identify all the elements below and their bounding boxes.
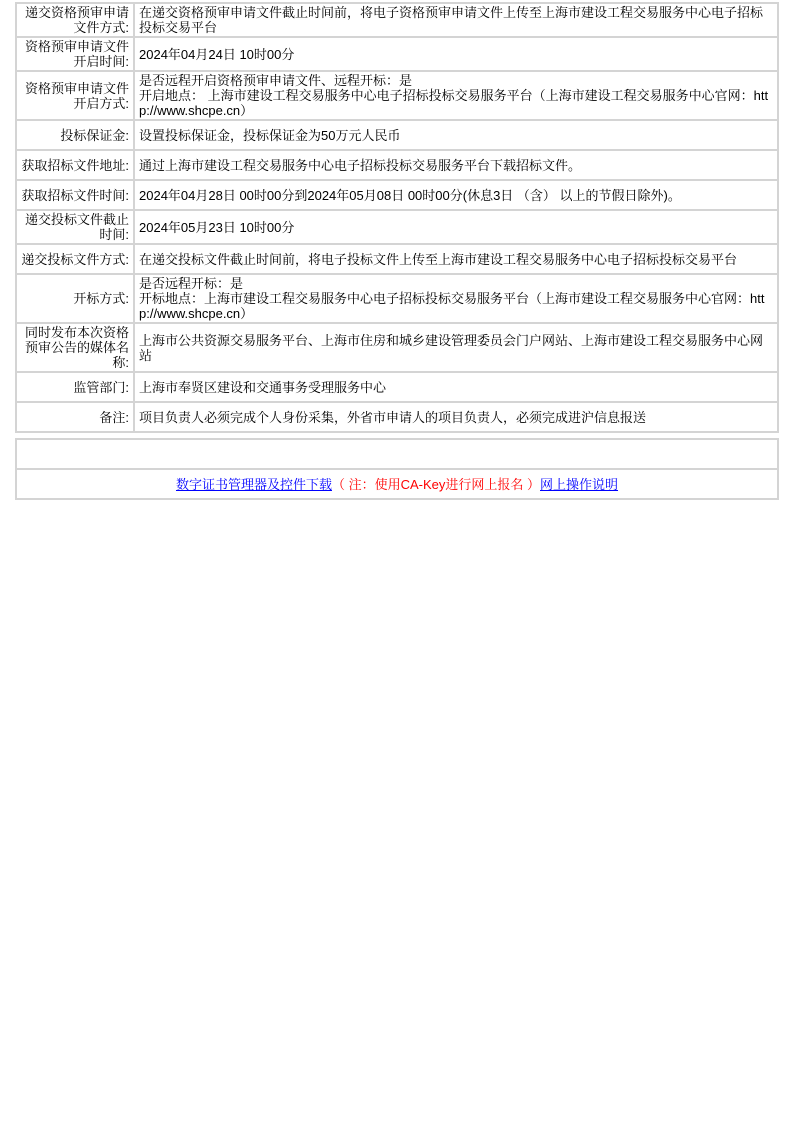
row-label: 资格预审申请文件开启时间: — [16, 37, 134, 71]
prequalification-info-table: 递交资格预审申请文件方式: 在递交资格预审申请文件截止时间前，将电子资格预审申请… — [15, 2, 779, 433]
footer-empty-cell — [16, 439, 778, 469]
row-label: 获取招标文件时间: — [16, 180, 134, 210]
row-label: 资格预审申请文件开启方式: — [16, 71, 134, 120]
table-row: 投标保证金: 设置投标保证金，投标保证金为50万元人民币 — [16, 120, 778, 150]
table-row: 同时发布本次资格预审公告的媒体名称: 上海市公共资源交易服务平台、上海市住房和城… — [16, 323, 778, 372]
row-label: 同时发布本次资格预审公告的媒体名称: — [16, 323, 134, 372]
table-row: 递交投标文件方式: 在递交投标文件截止时间前，将电子投标文件上传至上海市建设工程… — [16, 244, 778, 274]
row-value: 在递交资格预审申请文件截止时间前，将电子资格预审申请文件上传至上海市建设工程交易… — [134, 3, 778, 37]
table-row: 获取招标文件地址: 通过上海市建设工程交易服务中心电子招标投标交易服务平台下载招… — [16, 150, 778, 180]
row-value: 2024年05月23日 10时00分 — [134, 210, 778, 244]
ca-key-note: （ 注：使用CA-Key进行网上报名 ） — [332, 477, 540, 492]
row-label: 监管部门: — [16, 372, 134, 402]
row-label: 投标保证金: — [16, 120, 134, 150]
footer-links-cell: 数字证书管理器及控件下载（ 注：使用CA-Key进行网上报名 ）网上操作说明 — [16, 469, 778, 499]
table-row: 监管部门: 上海市奉贤区建设和交通事务受理服务中心 — [16, 372, 778, 402]
row-label: 递交资格预审申请文件方式: — [16, 3, 134, 37]
online-manual-link[interactable]: 网上操作说明 — [540, 477, 618, 492]
footer-links-row: 数字证书管理器及控件下载（ 注：使用CA-Key进行网上报名 ）网上操作说明 — [16, 469, 778, 499]
row-value: 上海市奉贤区建设和交通事务受理服务中心 — [134, 372, 778, 402]
table-row: 资格预审申请文件开启方式: 是否远程开启资格预审申请文件、远程开标：是 开启地点… — [16, 71, 778, 120]
row-value: 项目负责人必须完成个人身份采集，外省市申请人的项目负责人，必须完成进沪信息报送 — [134, 402, 778, 432]
row-label: 递交投标文件截止时间: — [16, 210, 134, 244]
row-label: 开标方式: — [16, 274, 134, 323]
row-value: 2024年04月28日 00时00分到2024年05月08日 00时00分(休息… — [134, 180, 778, 210]
table-row: 递交投标文件截止时间: 2024年05月23日 10时00分 — [16, 210, 778, 244]
row-value: 通过上海市建设工程交易服务中心电子招标投标交易服务平台下载招标文件。 — [134, 150, 778, 180]
table-row: 递交资格预审申请文件方式: 在递交资格预审申请文件截止时间前，将电子资格预审申请… — [16, 3, 778, 37]
table-row: 资格预审申请文件开启时间: 2024年04月24日 10时00分 — [16, 37, 778, 71]
table-row: 开标方式: 是否远程开标：是 开标地点：上海市建设工程交易服务中心电子招标投标交… — [16, 274, 778, 323]
row-value: 是否远程开标：是 开标地点：上海市建设工程交易服务中心电子招标投标交易服务平台（… — [134, 274, 778, 323]
row-value: 设置投标保证金，投标保证金为50万元人民币 — [134, 120, 778, 150]
row-label: 递交投标文件方式: — [16, 244, 134, 274]
row-value: 上海市公共资源交易服务平台、上海市住房和城乡建设管理委员会门户网站、上海市建设工… — [134, 323, 778, 372]
row-value: 2024年04月24日 10时00分 — [134, 37, 778, 71]
digital-cert-download-link[interactable]: 数字证书管理器及控件下载 — [176, 477, 332, 492]
footer-table: 数字证书管理器及控件下载（ 注：使用CA-Key进行网上报名 ）网上操作说明 — [15, 438, 779, 500]
table-row: 获取招标文件时间: 2024年04月28日 00时00分到2024年05月08日… — [16, 180, 778, 210]
row-label: 获取招标文件地址: — [16, 150, 134, 180]
page: 递交资格预审申请文件方式: 在递交资格预审申请文件截止时间前，将电子资格预审申请… — [0, 0, 793, 500]
row-value: 在递交投标文件截止时间前，将电子投标文件上传至上海市建设工程交易服务中心电子招标… — [134, 244, 778, 274]
info-table-body: 递交资格预审申请文件方式: 在递交资格预审申请文件截止时间前，将电子资格预审申请… — [16, 3, 778, 432]
table-row: 备注: 项目负责人必须完成个人身份采集，外省市申请人的项目负责人，必须完成进沪信… — [16, 402, 778, 432]
row-label: 备注: — [16, 402, 134, 432]
footer-empty-row — [16, 439, 778, 469]
row-value: 是否远程开启资格预审申请文件、远程开标：是 开启地点： 上海市建设工程交易服务中… — [134, 71, 778, 120]
